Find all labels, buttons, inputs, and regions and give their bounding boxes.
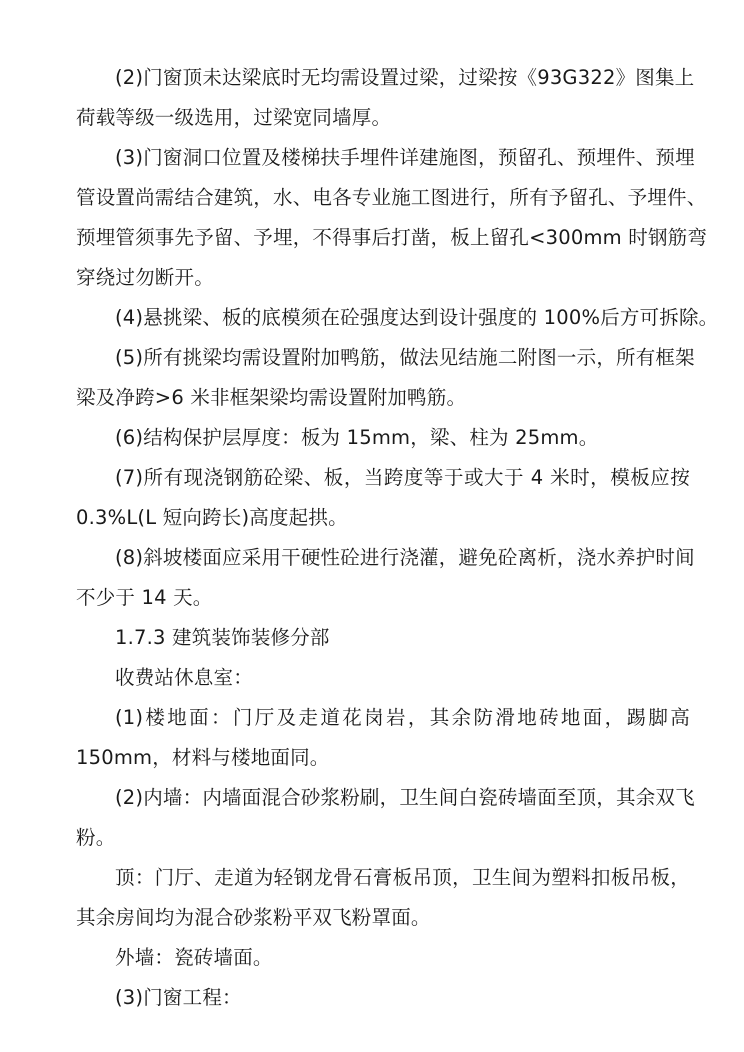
paragraph-ceiling-line-2: 其余房间均为混合砂浆粉平双飞粉罩面。 xyxy=(76,898,690,938)
document-body: (2)门窗顶未达梁底时无均需设置过梁，过梁按《93G322》图集上 荷载等级一级… xyxy=(76,58,690,1018)
paragraph-interior-wall-line-2: 粉。 xyxy=(76,818,690,858)
document-page: (2)门窗顶未达梁底时无均需设置过梁，过梁按《93G322》图集上 荷载等级一级… xyxy=(0,0,744,1052)
paragraph-exterior-wall: 外墙：瓷砖墙面。 xyxy=(76,938,690,978)
paragraph-lintel-line-2: 荷载等级一级选用，过梁宽同墙厚。 xyxy=(76,98,690,138)
paragraph-floor-line-1: (1)楼地面：门厅及走道花岗岩，其余防滑地砖地面，踢脚高 xyxy=(76,698,690,738)
paragraph-doors-windows: (3)门窗工程： xyxy=(76,978,690,1018)
paragraph-duck-rebar-line-1: (5)所有挑梁均需设置附加鸭筋，做法见结施二附图一示，所有框架 xyxy=(76,338,690,378)
paragraph-interior-wall-line-1: (2)内墙：内墙面混合砂浆粉刷，卫生间白瓷砖墙面至顶，其余双飞 xyxy=(76,778,690,818)
paragraph-slope-floor-line-1: (8)斜坡楼面应采用干硬性砼进行浇灌，避免砼离析，浇水养护时间 xyxy=(76,538,690,578)
paragraph-cantilever-formwork: (4)悬挑梁、板的底模须在砼强度达到设计强度的 100%后方可拆除。 xyxy=(76,298,690,338)
paragraph-openings-line-3: 预埋管须事先予留、予埋，不得事后打凿，板上留孔<300mm 时钢筋弯 xyxy=(76,218,690,258)
paragraph-camber-line-2: 0.3%L(L 短向跨长)高度起拱。 xyxy=(76,498,690,538)
paragraph-floor-line-2: 150mm，材料与楼地面同。 xyxy=(76,738,690,778)
paragraph-openings-line-4: 穿绕过勿断开。 xyxy=(76,258,690,298)
paragraph-duck-rebar-line-2: 梁及净跨>6 米非框架梁均需设置附加鸭筋。 xyxy=(76,378,690,418)
paragraph-openings-line-1: (3)门窗洞口位置及楼梯扶手埋件详建施图，预留孔、预埋件、预埋 xyxy=(76,138,690,178)
paragraph-cover-thickness: (6)结构保护层厚度：板为 15mm，梁、柱为 25mm。 xyxy=(76,418,690,458)
paragraph-lintel-line-1: (2)门窗顶未达梁底时无均需设置过梁，过梁按《93G322》图集上 xyxy=(76,58,690,98)
paragraph-openings-line-2: 管设置尚需结合建筑，水、电各专业施工图进行，所有予留孔、予埋件、 xyxy=(76,178,690,218)
paragraph-slope-floor-line-2: 不少于 14 天。 xyxy=(76,578,690,618)
paragraph-ceiling-line-1: 顶：门厅、走道为轻钢龙骨石膏板吊顶，卫生间为塑料扣板吊板， xyxy=(76,858,690,898)
section-heading-decoration: 1.7.3 建筑装饰装修分部 xyxy=(76,618,690,658)
subheading-toll-station-lounge: 收费站休息室： xyxy=(76,658,690,698)
paragraph-camber-line-1: (7)所有现浇钢筋砼梁、板，当跨度等于或大于 4 米时，模板应按 xyxy=(76,458,690,498)
